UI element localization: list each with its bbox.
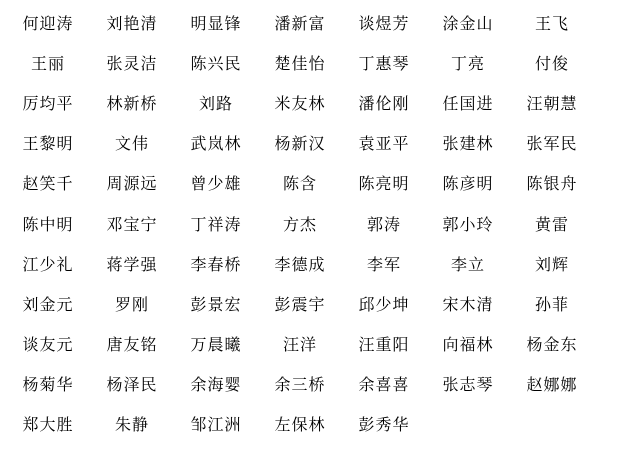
name-cell: 孙菲 <box>510 283 594 323</box>
name-cell: 林新桥 <box>90 82 174 122</box>
document-page: 何迎涛刘艳清明显锋潘新富谈煜芳涂金山王飞王丽张灵洁陈兴民楚佳怡丁惠琴丁亮付俊厉均… <box>0 0 631 454</box>
name-cell: 邱少坤 <box>342 283 426 323</box>
name-cell: 潘新富 <box>258 2 342 42</box>
name-cell: 谈友元 <box>6 324 90 364</box>
name-cell: 万晨曦 <box>174 324 258 364</box>
name-cell: 陈含 <box>258 163 342 203</box>
name-cell: 张灵洁 <box>90 42 174 82</box>
name-cell: 文伟 <box>90 123 174 163</box>
name-cell: 余海婴 <box>174 364 258 404</box>
name-cell: 李军 <box>342 243 426 283</box>
name-cell: 王黎明 <box>6 123 90 163</box>
name-cell: 彭景宏 <box>174 283 258 323</box>
name-cell: 余三桥 <box>258 364 342 404</box>
name-cell: 李春桥 <box>174 243 258 283</box>
name-cell: 陈中明 <box>6 203 90 243</box>
name-cell: 邓宝宁 <box>90 203 174 243</box>
name-cell: 汪朝慧 <box>510 82 594 122</box>
name-cell: 武岚林 <box>174 123 258 163</box>
name-cell: 刘艳清 <box>90 2 174 42</box>
name-cell: 汪重阳 <box>342 324 426 364</box>
name-cell: 唐友铭 <box>90 324 174 364</box>
name-cell: 王丽 <box>6 42 90 82</box>
name-cell: 赵笑千 <box>6 163 90 203</box>
name-cell: 朱静 <box>90 404 174 444</box>
name-cell: 杨新汉 <box>258 123 342 163</box>
name-cell: 任国进 <box>426 82 510 122</box>
name-cell: 郭涛 <box>342 203 426 243</box>
name-cell: 李立 <box>426 243 510 283</box>
name-cell: 赵娜娜 <box>510 364 594 404</box>
name-cell: 刘金元 <box>6 283 90 323</box>
name-cell: 杨金东 <box>510 324 594 364</box>
name-cell: 彭震宇 <box>258 283 342 323</box>
name-cell: 周源远 <box>90 163 174 203</box>
name-cell: 张军民 <box>510 123 594 163</box>
name-cell: 陈银舟 <box>510 163 594 203</box>
name-cell: 陈亮明 <box>342 163 426 203</box>
name-cell: 郑大胜 <box>6 404 90 444</box>
name-roster-grid: 何迎涛刘艳清明显锋潘新富谈煜芳涂金山王飞王丽张灵洁陈兴民楚佳怡丁惠琴丁亮付俊厉均… <box>6 2 594 444</box>
name-cell: 谈煜芳 <box>342 2 426 42</box>
name-cell: 张建林 <box>426 123 510 163</box>
name-cell: 陈兴民 <box>174 42 258 82</box>
name-cell: 罗刚 <box>90 283 174 323</box>
name-cell: 左保林 <box>258 404 342 444</box>
name-cell: 丁亮 <box>426 42 510 82</box>
name-cell: 余喜喜 <box>342 364 426 404</box>
name-cell: 涂金山 <box>426 2 510 42</box>
name-cell: 向福林 <box>426 324 510 364</box>
name-cell: 李德成 <box>258 243 342 283</box>
name-cell: 杨菊华 <box>6 364 90 404</box>
name-cell: 汪洋 <box>258 324 342 364</box>
name-cell: 楚佳怡 <box>258 42 342 82</box>
name-cell: 曾少雄 <box>174 163 258 203</box>
name-cell: 厉均平 <box>6 82 90 122</box>
name-cell: 杨泽民 <box>90 364 174 404</box>
name-cell: 陈彦明 <box>426 163 510 203</box>
name-cell: 宋木清 <box>426 283 510 323</box>
name-cell: 郭小玲 <box>426 203 510 243</box>
name-cell: 江少礼 <box>6 243 90 283</box>
name-cell: 刘路 <box>174 82 258 122</box>
name-cell: 丁惠琴 <box>342 42 426 82</box>
name-cell: 方杰 <box>258 203 342 243</box>
name-cell: 袁亚平 <box>342 123 426 163</box>
name-cell: 黄雷 <box>510 203 594 243</box>
name-cell: 明显锋 <box>174 2 258 42</box>
name-cell: 潘伦刚 <box>342 82 426 122</box>
name-cell: 王飞 <box>510 2 594 42</box>
name-cell: 彭秀华 <box>342 404 426 444</box>
name-cell: 邹江洲 <box>174 404 258 444</box>
name-cell: 蒋学强 <box>90 243 174 283</box>
name-cell: 张志琴 <box>426 364 510 404</box>
name-cell: 付俊 <box>510 42 594 82</box>
name-cell: 何迎涛 <box>6 2 90 42</box>
name-cell: 米友林 <box>258 82 342 122</box>
name-cell: 刘辉 <box>510 243 594 283</box>
name-cell: 丁祥涛 <box>174 203 258 243</box>
